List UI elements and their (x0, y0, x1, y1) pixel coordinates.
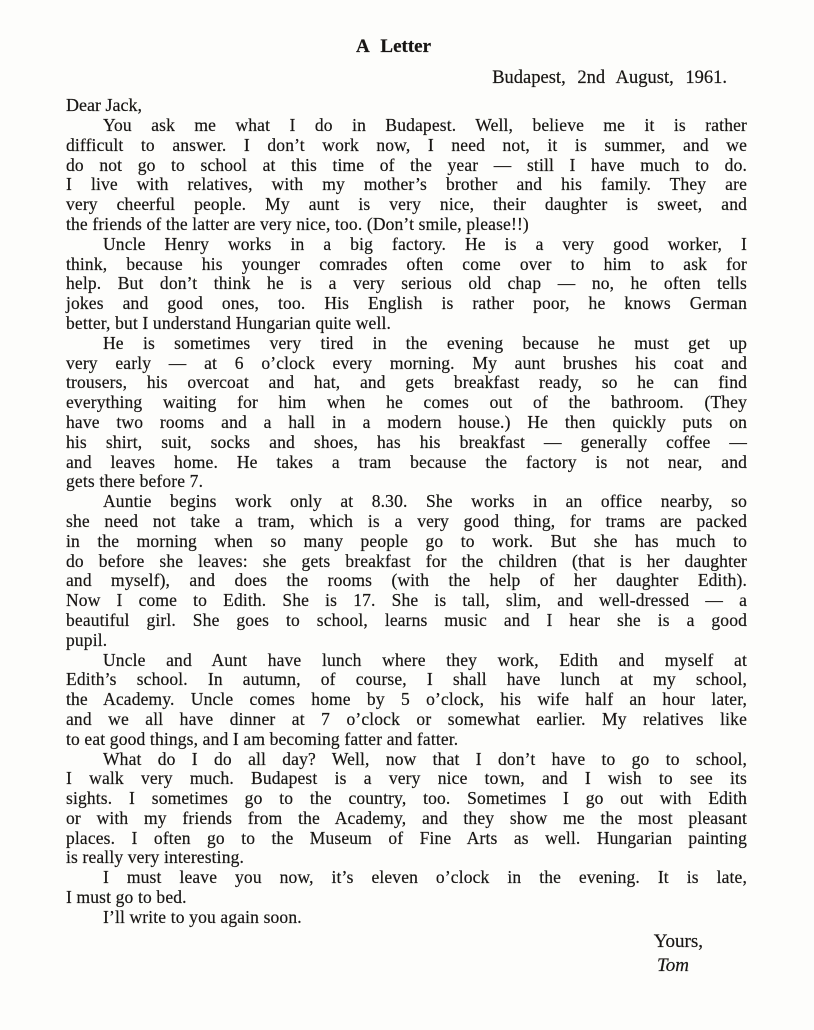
letter-salutation: Dear Jack, (66, 95, 747, 115)
letter-line: I live with relatives, with my mother’s … (66, 175, 747, 195)
letter-body: You ask me what I do in Budapest. Well, … (66, 116, 747, 928)
letter-line: jokes and good ones, too. His English is… (66, 294, 747, 314)
letter-line: is really very interesting. (66, 848, 747, 868)
letter-paragraph: I’ll write to you again soon. (66, 908, 747, 928)
letter-line: Uncle and Aunt have lunch where they wor… (66, 651, 747, 671)
letter-line: trousers, his overcoat and hat, and gets… (66, 373, 747, 393)
letter-line: difficult to answer. I don’t work now, I… (66, 136, 747, 156)
letter-dateline: Budapest, 2nd August, 1961. (66, 67, 747, 89)
letter-line: the Academy. Uncle comes home by 5 o’clo… (66, 690, 747, 710)
letter-line: What do I do all day? Well, now that I d… (66, 750, 747, 770)
letter-line: I walk very much. Budapest is a very nic… (66, 769, 747, 789)
letter-line: I must go to bed. (66, 888, 747, 908)
letter-line: his shirt, suit, socks and shoes, has hi… (66, 433, 747, 453)
letter-paragraph: Uncle and Aunt have lunch where they wor… (66, 651, 747, 750)
letter-line: Auntie begins work only at 8.30. She wor… (66, 492, 747, 512)
letter-line: and we all have dinner at 7 o’clock or s… (66, 710, 747, 730)
letter-line: Now I come to Edith. She is 17. She is t… (66, 591, 747, 611)
letter-line: Edith’s school. In autumn, of course, I … (66, 670, 747, 690)
letter-line: do before she leaves: she gets breakfast… (66, 552, 747, 572)
letter-line: He is sometimes very tired in the evenin… (66, 334, 747, 354)
letter-paragraph: What do I do all day? Well, now that I d… (66, 750, 747, 869)
letter-line: the friends of the latter are very nice,… (66, 215, 747, 235)
letter-paragraph: Uncle Henry works in a big factory. He i… (66, 235, 747, 334)
letter-paragraph: He is sometimes very tired in the evenin… (66, 334, 747, 492)
letter-line: to eat good things, and I am becoming fa… (66, 730, 747, 750)
letter-line: everything waiting for him when he comes… (66, 393, 747, 413)
letter-line: pupil. (66, 631, 747, 651)
letter-line: very cheerful people. My aunt is very ni… (66, 195, 747, 215)
letter-title: A Letter (66, 36, 747, 58)
letter-line: have two rooms and a hall in a modern ho… (66, 413, 747, 433)
letter-line: better, but I understand Hungarian quite… (66, 314, 747, 334)
letter-line: she need not take a tram, which is a ver… (66, 512, 747, 532)
letter-paragraph: I must leave you now, it’s eleven o’cloc… (66, 868, 747, 908)
letter-line: in the morning when so many people go to… (66, 532, 747, 552)
letter-paragraph: Auntie begins work only at 8.30. She wor… (66, 492, 747, 650)
letter-line: Uncle Henry works in a big factory. He i… (66, 235, 747, 255)
letter-line: and leaves home. He takes a tram because… (66, 453, 747, 473)
letter-line: gets there before 7. (66, 472, 747, 492)
letter-line: beautiful girl. She goes to school, lear… (66, 611, 747, 631)
letter-signature-block: Yours, Tom (66, 930, 747, 978)
letter-line: You ask me what I do in Budapest. Well, … (66, 116, 747, 136)
letter-line: do not go to school at this time of the … (66, 156, 747, 176)
letter-page: A Letter Budapest, 2nd August, 1961. Dea… (0, 0, 814, 1030)
letter-paragraph: You ask me what I do in Budapest. Well, … (66, 116, 747, 235)
letter-line: think, because his younger comrades ofte… (66, 255, 747, 275)
letter-closing: Yours, (66, 930, 747, 954)
letter-line: sights. I sometimes go to the country, t… (66, 789, 747, 809)
letter-line: help. But don’t think he is a very serio… (66, 274, 747, 294)
letter-line: places. I often go to the Museum of Fine… (66, 829, 747, 849)
letter-line: I must leave you now, it’s eleven o’cloc… (66, 868, 747, 888)
letter-line: or with my friends from the Academy, and… (66, 809, 747, 829)
letter-signature-name: Tom (66, 954, 747, 978)
letter-line: I’ll write to you again soon. (66, 908, 747, 928)
letter-line: and myself), and does the rooms (with th… (66, 571, 747, 591)
letter-line: very early — at 6 o’clock every morning.… (66, 354, 747, 374)
